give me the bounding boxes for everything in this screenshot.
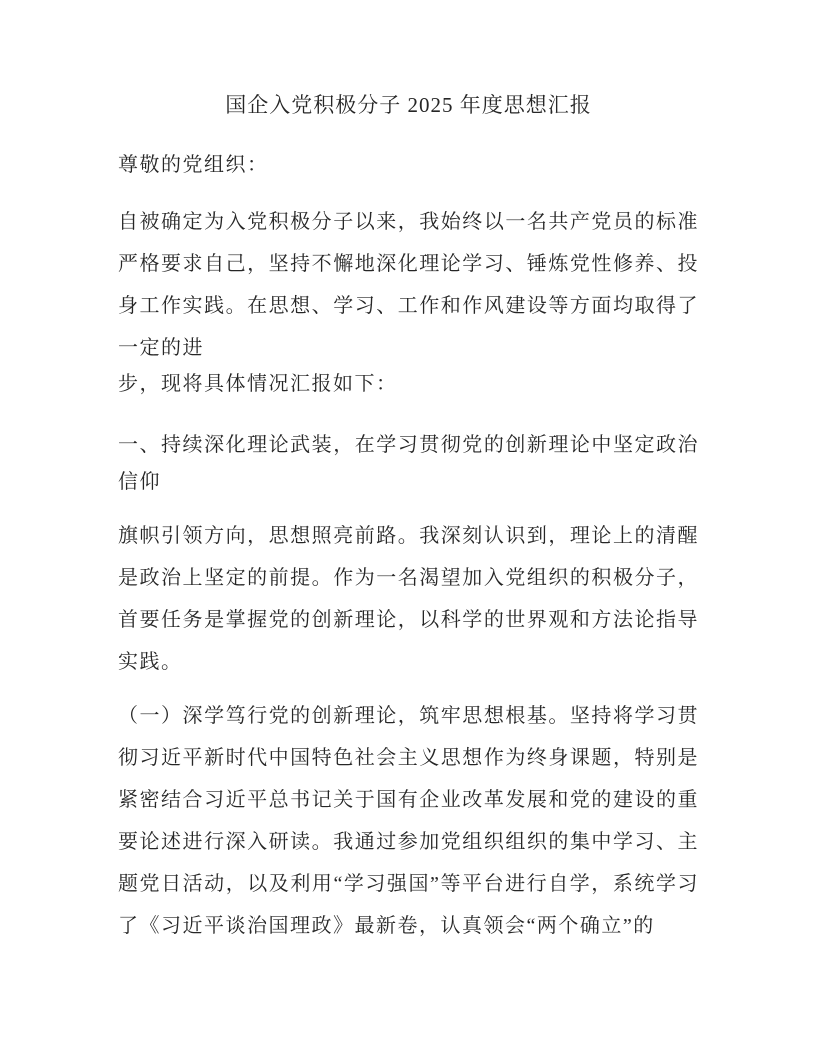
section-1-point-1-paragraph: （一）深学笃行党的创新理论，筑牢思想根基。坚持将学习贯彻习近平新时代中国特色社会… (118, 695, 699, 947)
document-title: 国企入党积极分子 2025 年度思想汇报 (118, 90, 699, 120)
salutation: 尊敬的党组织： (118, 144, 699, 186)
section-1-lead-paragraph: 旗帜引领方向，思想照亮前路。我深刻认识到，理论上的清醒是政治上坚定的前提。作为一… (118, 515, 699, 683)
intro-paragraph: 自被确定为入党积极分子以来，我始终以一名共产党员的标准严格要求自己，坚持不懈地深… (118, 201, 699, 369)
section-1-heading: 一、持续深化理论武装，在学习贯彻党的创新理论中坚定政治信仰 (118, 427, 699, 501)
intro-paragraph-continuation: 步，现将具体情况汇报如下： (118, 369, 699, 399)
document-page: 国企入党积极分子 2025 年度思想汇报 尊敬的党组织： 自被确定为入党积极分子… (0, 0, 816, 1056)
